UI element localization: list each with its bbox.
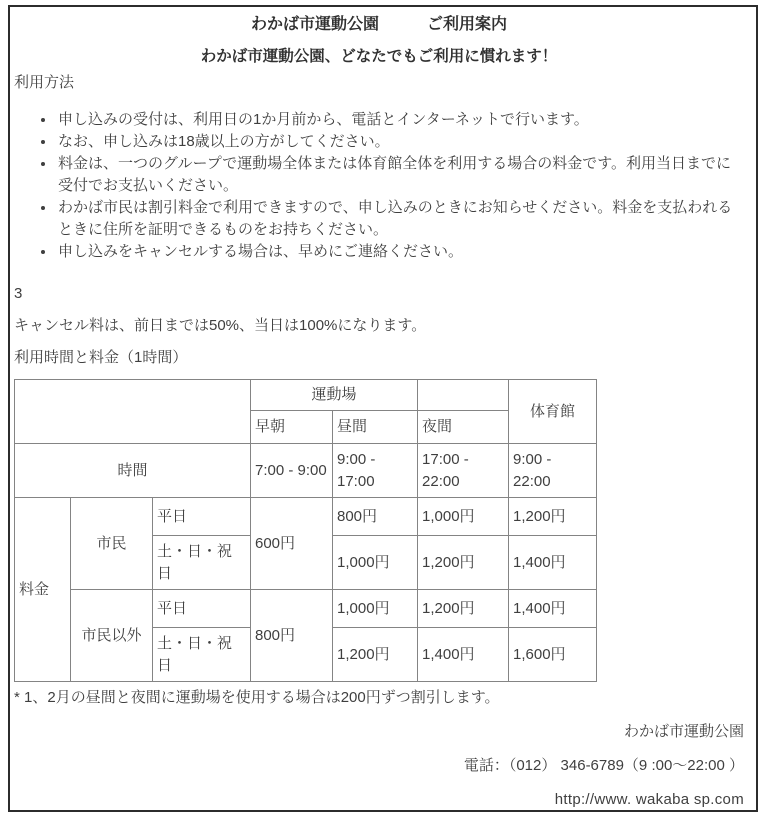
fee-shimin-heijitsu-taiikukan: 1,200円	[509, 498, 597, 536]
usage-bullet-list: 申し込みの受付は、利用日の1か月前から、電話とインターネットで行います。 なお、…	[14, 109, 744, 263]
row-header-shimin-igai: 市民以外	[71, 590, 153, 682]
row-header-heijitsu-igai: 平日	[153, 590, 251, 628]
usage-bullet-3: 料金は、一つのグループで運動場全体または体育館全体を利用する場合の料金です。利用…	[56, 153, 744, 197]
row-header-shimin: 市民	[71, 498, 153, 590]
page-title: わかば市運動公園 ご利用案内	[14, 14, 744, 36]
col-header-socho: 早朝	[251, 411, 333, 444]
fee-igai-heijitsu-hiruma: 1,000円	[333, 590, 418, 628]
footer-url: http://www. wakaba sp.com	[14, 789, 744, 811]
fee-shimin-donichi-taiikukan: 1,400円	[509, 536, 597, 590]
usage-bullet-1: 申し込みの受付は、利用日の1か月前から、電話とインターネットで行います。	[56, 109, 744, 131]
fee-shimin-donichi-yakan: 1,200円	[418, 536, 509, 590]
usage-bullet-2: なお、申し込みは18歳以上の方がしてください。	[56, 131, 744, 153]
row-header-donichi-igai: 土・日・祝日	[153, 628, 251, 682]
footer-phone: 電話：（012） 346-6789（9 :00～22:00 ）	[14, 755, 744, 777]
fee-igai-donichi-yakan: 1,400円	[418, 628, 509, 682]
time-hiruma: 9:00 - 17:00	[333, 444, 418, 498]
time-socho: 7:00 - 9:00	[251, 444, 333, 498]
time-taiikukan: 9:00 - 22:00	[509, 444, 597, 498]
footnote: * 1、2月の昼間と夜間に運動場を使用する場合は200円ずつ割引します。	[14, 687, 744, 709]
time-yakan: 17:00 - 22:00	[418, 444, 509, 498]
fee-igai-heijitsu-yakan: 1,200円	[418, 590, 509, 628]
row-header-heijitsu-shimin: 平日	[153, 498, 251, 536]
fee-shimin-heijitsu-hiruma: 800円	[333, 498, 418, 536]
fee-igai-socho: 800円	[251, 590, 333, 682]
row-header-ryokin: 料金	[15, 498, 71, 682]
usage-heading: 利用方法	[14, 72, 744, 94]
cell-blank-corner	[15, 380, 251, 444]
header-row-groups: 運動場 体育館	[15, 380, 597, 411]
fee-row-igai-heijitsu: 市民以外 平日 800円 1,000円 1,200円 1,400円	[15, 590, 597, 628]
usage-bullet-4: わかば市民は割引料金で利用できますので、申し込みのときにお知らせください。料金を…	[56, 197, 744, 241]
col-header-hiruma: 昼間	[333, 411, 418, 444]
time-row: 時間 7:00 - 9:00 9:00 - 17:00 17:00 - 22:0…	[15, 444, 597, 498]
col-header-yakan: 夜間	[418, 411, 509, 444]
fee-shimin-donichi-hiruma: 1,000円	[333, 536, 418, 590]
cancellation-note: キャンセル料は、前日までは50%、当日は100%になります。	[14, 315, 744, 337]
fee-igai-heijitsu-taiikukan: 1,400円	[509, 590, 597, 628]
document-page: わかば市運動公園 ご利用案内 わかば市運動公園、どなたでもご利用に慣れます！ 利…	[8, 5, 758, 812]
usage-bullet-5: 申し込みをキャンセルする場合は、早めにご連絡ください。	[56, 241, 744, 263]
fee-shimin-socho: 600円	[251, 498, 333, 590]
fee-row-shimin-heijitsu: 料金 市民 平日 600円 800円 1,000円 1,200円	[15, 498, 597, 536]
cell-blank-above-yakan	[418, 380, 509, 411]
footer-org: わかば市運動公園	[14, 721, 744, 743]
col-group-taiikukan: 体育館	[509, 380, 597, 444]
col-group-undojo: 運動場	[251, 380, 418, 411]
stray-number: 3	[14, 283, 744, 305]
fee-table: 運動場 体育館 早朝 昼間 夜間 時間 7:00 - 9:00 9:00 - 1…	[14, 379, 597, 682]
fee-igai-donichi-hiruma: 1,200円	[333, 628, 418, 682]
fee-shimin-heijitsu-yakan: 1,000円	[418, 498, 509, 536]
table-title: 利用時間と料金（1時間）	[14, 347, 744, 369]
row-header-donichi-shimin: 土・日・祝日	[153, 536, 251, 590]
page-subtitle: わかば市運動公園、どなたでもご利用に慣れます！	[14, 46, 744, 68]
fee-igai-donichi-taiikukan: 1,600円	[509, 628, 597, 682]
row-header-jikan: 時間	[15, 444, 251, 498]
